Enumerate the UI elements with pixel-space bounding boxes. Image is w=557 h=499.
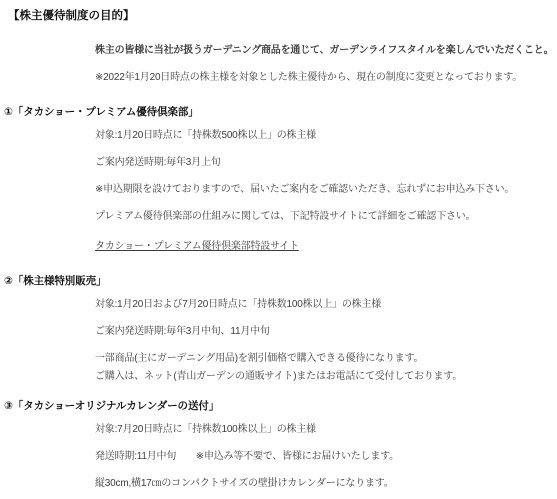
section-calendar-body: 対象:7月20日時点に「持株数100株以上」の株主様 発送時期:11月中旬 ※申… — [95, 422, 557, 491]
section-special-sale: ②「株主様特別販売」 対象:1月20日および7月20日時点に「持株数100株以上… — [0, 273, 557, 384]
intro-lead-text: 株主の皆様に当社が扱うガーデニング商品を通じて、ガーデンライフスタイルを楽しんで… — [95, 43, 557, 58]
section-premium-club-body: 対象:1月20日時点に「持株数500株以上」の株主様 ご案内発送時期:毎年3月上… — [95, 128, 557, 254]
section-calendar: ③「タカショーオリジナルカレンダーの送付」 対象:7月20日時点に「持株数100… — [0, 398, 557, 491]
premium-club-deadline-note: ※申込期限を設けておりますので、届いたご案内をご確認いただき、忘れずにお申込み下… — [95, 182, 557, 197]
calendar-shipping-line: 発送時期:11月中旬 ※申込み等不要で、皆様にお届けいたします。 — [95, 449, 557, 464]
calendar-size-line: 縦30cm,横17㎝のコンパクトサイズの壁掛けカレンダーになります。 — [95, 476, 557, 491]
premium-club-link-line: タカショー・プレミアム優待倶楽部特設サイト — [95, 239, 557, 254]
special-sale-mailing-line: ご案内発送時期:毎年3月中旬、11月中旬 — [95, 324, 557, 339]
special-sale-target-line: 対象:1月20日および7月20日時点に「持株数100株以上」の株主様 — [95, 297, 557, 312]
calendar-target-line: 対象:7月20日時点に「持株数100株以上」の株主様 — [95, 422, 557, 437]
intro-block: 株主の皆様に当社が扱うガーデニング商品を通じて、ガーデンライフスタイルを楽しんで… — [95, 43, 557, 85]
shareholder-benefits-document: 【株主優待制度の目的】 株主の皆様に当社が扱うガーデニング商品を通じて、ガーデン… — [0, 0, 557, 499]
premium-club-mailing-line: ご案内発送時期:毎年3月上旬 — [95, 155, 557, 170]
section-premium-club-heading: ①「タカショー・プレミアム優待倶楽部」 — [4, 104, 557, 120]
section-premium-club: ①「タカショー・プレミアム優待倶楽部」 対象:1月20日時点に「持株数500株以… — [0, 104, 557, 254]
section-special-sale-heading: ②「株主様特別販売」 — [4, 273, 557, 289]
page-title: 【株主優待制度の目的】 — [8, 8, 557, 24]
special-sale-discount-line: 一部商品(主にガーデニング用品)を割引価格で購入できる優待になります。 — [95, 351, 557, 366]
intro-revision-note: ※2022年1月20日時点の株主様を対象とした株主優待から、現在の制度に変更とな… — [95, 70, 557, 85]
premium-club-details-note: プレミアム優待倶楽部の仕組みに関しては、下記特設サイトにて詳細をご確認下さい。 — [95, 209, 557, 224]
premium-club-target-line: 対象:1月20日時点に「持株数500株以上」の株主様 — [95, 128, 557, 143]
section-calendar-heading: ③「タカショーオリジナルカレンダーの送付」 — [4, 398, 557, 414]
section-special-sale-body: 対象:1月20日および7月20日時点に「持株数100株以上」の株主様 ご案内発送… — [95, 297, 557, 384]
special-sale-purchase-line: ご購入は、ネット(青山ガーデンの通販サイト)またはお電話にて受付しております。 — [95, 369, 557, 384]
premium-club-site-link[interactable]: タカショー・プレミアム優待倶楽部特設サイト — [95, 241, 299, 252]
